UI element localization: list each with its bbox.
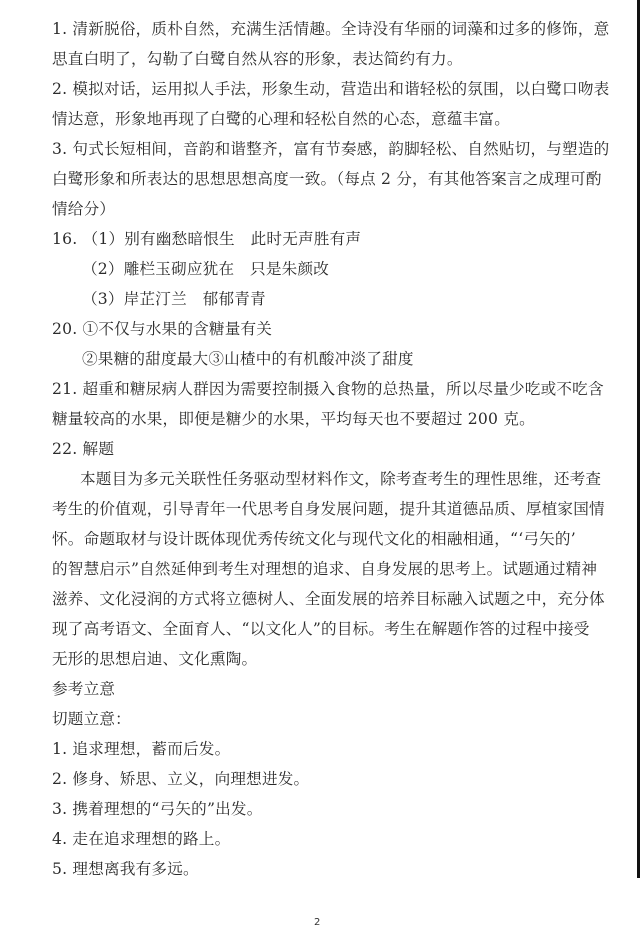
question-22-paragraph: 的智慧启示”自然延伸到考生对理想的追求、自身发展的思考上。试题通过精神 (52, 554, 592, 584)
answer-line: 白鹭形象和所表达的思想思想高度一致。（每点 2 分，有其他答案言之成理可酌 (52, 164, 592, 194)
document-body: 1. 清新脱俗，质朴自然，充满生活情趣。全诗没有华丽的词藻和过多的修饰，意 思直… (52, 14, 592, 884)
question-22-paragraph: 本题目为多元关联性任务驱动型材料作文，除考查考生的理性思维，还考查 (52, 464, 592, 494)
theme-list-item: 3. 携着理想的“弓矢的”出发。 (52, 794, 592, 824)
question-20-answer: ②果糖的甜度最大③山楂中的有机酸冲淡了甜度 (52, 344, 592, 374)
question-16-answer: （3）岸芷汀兰 郁郁青青 (52, 284, 592, 314)
answer-line: 情给分） (52, 194, 592, 224)
question-22-paragraph: 滋养、文化浸润的方式将立德树人、全面发展的培养目标融入试题之中，充分体 (52, 584, 592, 614)
question-22-paragraph: 现了高考语文、全面育人、“以文化人”的目标。考生在解题作答的过程中接受 (52, 614, 592, 644)
question-22-paragraph: 考生的价值观，引导青年一代思考自身发展问题，提升其道德品质、厚植家国情 (52, 494, 592, 524)
theme-list-item: 2. 修身、矫思、立义，向理想进发。 (52, 764, 592, 794)
page-number: 2 (314, 917, 320, 928)
answer-line: 1. 清新脱俗，质朴自然，充满生活情趣。全诗没有华丽的词藻和过多的修饰，意 (52, 14, 592, 44)
theme-list-item: 5. 理想离我有多远。 (52, 854, 592, 884)
answer-line: 情达意，形象地再现了白鹭的心理和轻松自然的心态，意蕴丰富。 (52, 104, 592, 134)
document-page: 1. 清新脱俗，质朴自然，充满生活情趣。全诗没有华丽的词藻和过多的修饰，意 思直… (0, 0, 641, 944)
question-16-answer: 16. （1）别有幽愁暗恨生 此时无声胜有声 (52, 224, 592, 254)
answer-line: 2. 模拟对话，运用拟人手法，形象生动，营造出和谐轻松的氛围，以白鹭口吻表 (52, 74, 592, 104)
answer-line: 思直白明了，勾勒了白鹭自然从容的形象，表达简约有力。 (52, 44, 592, 74)
question-21-answer: 糖量较高的水果，即便是糖少的水果，平均每天也不要超过 200 克。 (52, 404, 592, 434)
on-topic-theme-heading: 切题立意： (52, 704, 592, 734)
question-22-paragraph: 怀。命题取材与设计既体现优秀传统文化与现代文化的相融相通，“‘弓矢的’ (52, 524, 592, 554)
theme-list-item: 1. 追求理想，蓄而后发。 (52, 734, 592, 764)
question-21-answer: 21. 超重和糖尿病人群因为需要控制摄入食物的总热量，所以尽量少吃或不吃含 (52, 374, 592, 404)
question-16-answer: （2）雕栏玉砌应犹在 只是朱颜改 (52, 254, 592, 284)
page-edge-border (637, 0, 640, 878)
theme-list-item: 4. 走在追求理想的路上。 (52, 824, 592, 854)
question-20-answer: 20. ①不仅与水果的含糖量有关 (52, 314, 592, 344)
question-22-paragraph: 无形的思想启迪、文化熏陶。 (52, 644, 592, 674)
question-22-heading: 22. 解题 (52, 434, 592, 464)
reference-theme-heading: 参考立意 (52, 674, 592, 704)
answer-line: 3. 句式长短相间，音韵和谐整齐，富有节奏感，韵脚轻松、自然贴切，与塑造的 (52, 134, 592, 164)
